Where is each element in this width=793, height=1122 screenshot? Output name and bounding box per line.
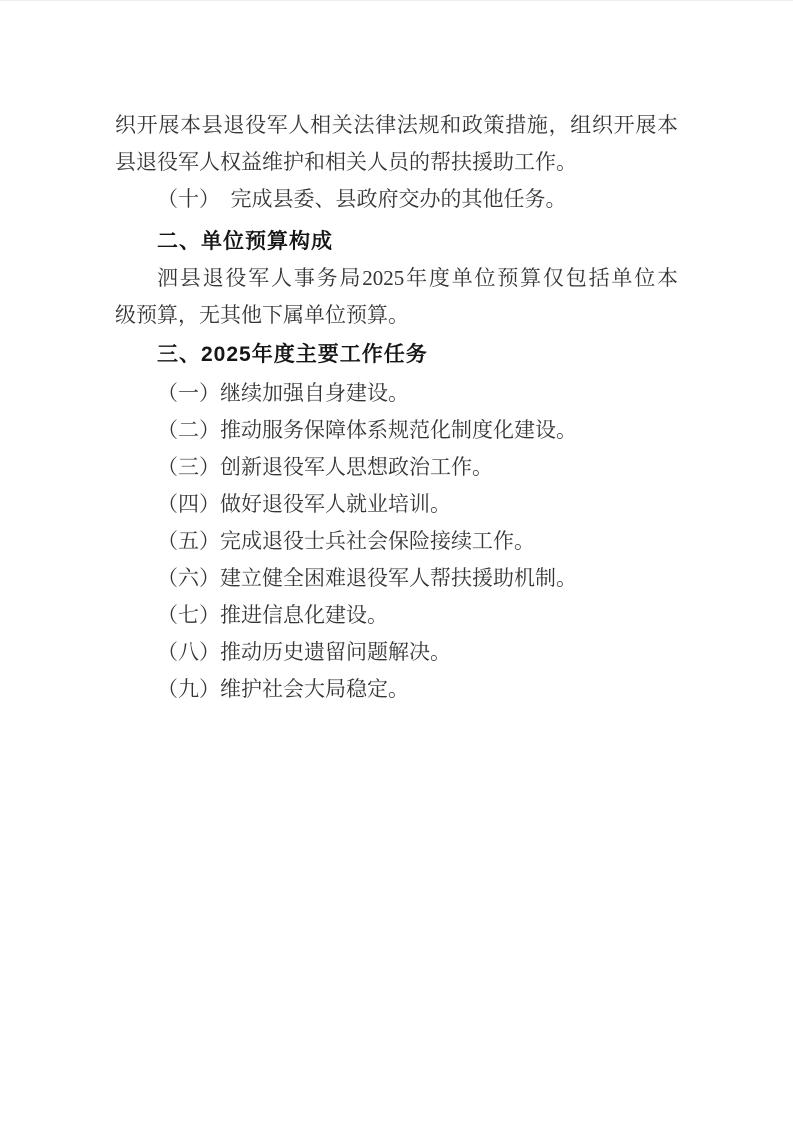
- task-item-2: （二）推动服务保障体系规范化制度化建设。: [115, 412, 678, 449]
- continuation-paragraph-line-2: 县退役军人权益维护和相关人员的帮扶援助工作。: [115, 144, 678, 181]
- task-item-1: （一）继续加强自身建设。: [115, 375, 678, 412]
- task-item-9: （九）维护社会大局稳定。: [115, 671, 678, 708]
- item-ten-text: （十） 完成县委、县政府交办的其他任务。: [115, 181, 678, 218]
- page-top-edge-line: [0, 0, 793, 1]
- section-3-heading: 三、2025年度主要工作任务: [115, 336, 678, 373]
- section-2-paragraph: 泗县退役军人事务局2025年度单位预算仅包括单位本 级预算，无其他下属单位预算。: [115, 260, 678, 334]
- section-2-paragraph-line-1: 泗县退役军人事务局2025年度单位预算仅包括单位本: [115, 260, 678, 297]
- continuation-paragraph-line-1: 织开展本县退役军人相关法律法规和政策措施，组织开展本: [115, 107, 678, 144]
- document-page: 织开展本县退役军人相关法律法规和政策措施，组织开展本 县退役军人权益维护和相关人…: [0, 0, 793, 1122]
- document-body: 织开展本县退役军人相关法律法规和政策措施，组织开展本 县退役军人权益维护和相关人…: [115, 107, 678, 708]
- task-item-5: （五）完成退役士兵社会保险接续工作。: [115, 523, 678, 560]
- task-item-4: （四）做好退役军人就业培训。: [115, 486, 678, 523]
- task-item-6: （六）建立健全困难退役军人帮扶援助机制。: [115, 560, 678, 597]
- task-item-7: （七）推进信息化建设。: [115, 597, 678, 634]
- section-2-paragraph-line-2: 级预算，无其他下属单位预算。: [115, 297, 678, 334]
- task-item-8: （八）推动历史遗留问题解决。: [115, 634, 678, 671]
- item-ten-paragraph: （十） 完成县委、县政府交办的其他任务。: [115, 181, 678, 218]
- task-item-3: （三）创新退役军人思想政治工作。: [115, 449, 678, 486]
- section-2-heading: 二、单位预算构成: [115, 223, 678, 260]
- task-list: （一）继续加强自身建设。 （二）推动服务保障体系规范化制度化建设。 （三）创新退…: [115, 375, 678, 708]
- continuation-paragraph: 织开展本县退役军人相关法律法规和政策措施，组织开展本 县退役军人权益维护和相关人…: [115, 107, 678, 181]
